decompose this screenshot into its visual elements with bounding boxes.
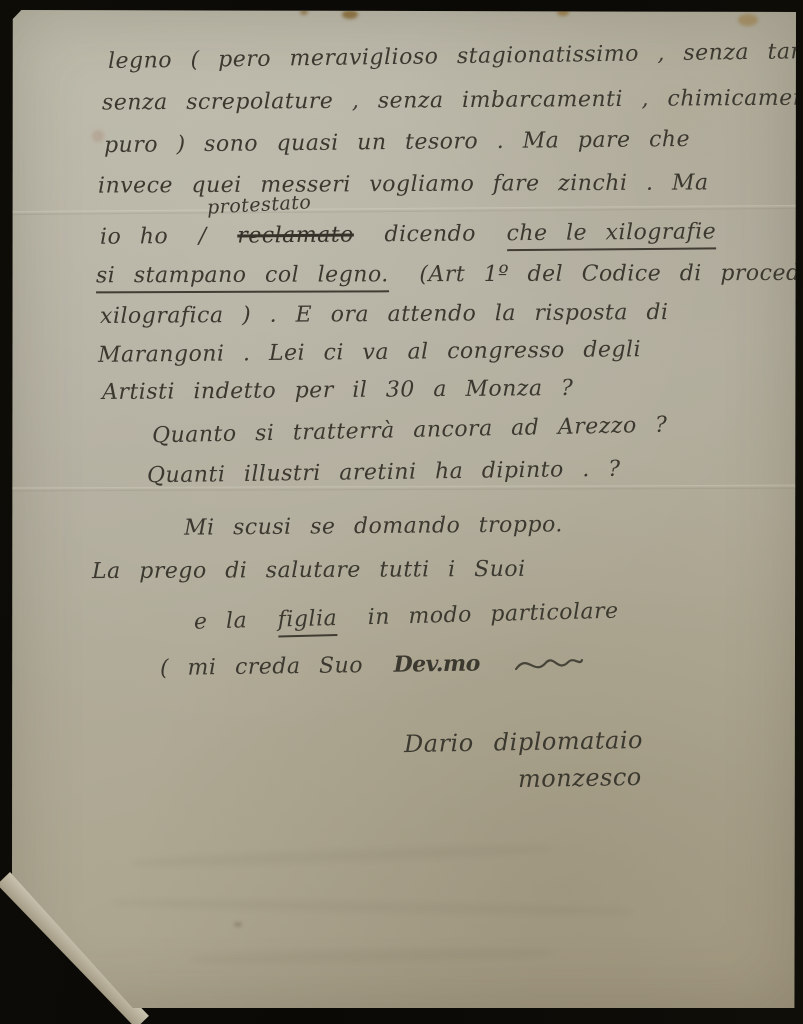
ink-bleedthrough: [192, 947, 552, 965]
letter-line-5: io ho / reclamato dicendo che le xilogra…: [100, 219, 729, 254]
closing-text: ( mi creda Suo: [160, 653, 363, 681]
line14-start: e la: [194, 608, 248, 634]
letter-line-11: Quanti illustri aretini ha dipinto . ?: [147, 457, 621, 489]
insertion-caret-mark: /: [199, 224, 207, 249]
letter-line-9: Artisti indetto per il 30 a Monza ?: [102, 376, 574, 405]
letter-line-10: Quanto si tratterrà ancora ad Arezzo ?: [152, 413, 668, 449]
line5-start: io ho: [100, 224, 168, 250]
scan-background: legno ( pero meraviglioso stagionatissim…: [0, 0, 803, 1024]
letter-line-12: Mi scusi se domando troppo.: [184, 512, 563, 540]
inserted-word-above-line: protestato: [206, 191, 311, 218]
letter-line-14: e la figlia in modo particolare: [194, 598, 632, 639]
signature-line-1: Dario diplomataio: [404, 726, 643, 758]
underlined-word: figlia: [277, 606, 337, 638]
foxing-stain: [300, 9, 308, 15]
signature-line-2: monzesco: [518, 763, 642, 793]
fold-crease-upper: [12, 205, 796, 215]
closing-line: ( mi creda Suo Dev.mo: [160, 649, 585, 682]
foxing-stain: [342, 10, 358, 19]
letter-line-1: legno ( pero meraviglioso stagionatissim…: [108, 39, 803, 74]
ink-bleedthrough: [132, 843, 552, 870]
line6-rest: (Art 1º del Codice di procedura: [419, 261, 803, 287]
ink-bleedthrough: [112, 897, 632, 916]
letter-line-8: Marangoni . Lei ci va al congresso degli: [98, 337, 641, 368]
line5-middle: dicendo: [384, 221, 476, 247]
closing-abbreviation: Dev.mo: [393, 650, 480, 677]
letter-line-2: senza screpolature , senza imbarcamenti …: [102, 85, 803, 115]
signature-flourish-icon: [514, 650, 584, 677]
underlined-phrase: si stampano col legno.: [96, 262, 389, 293]
foxing-stain: [234, 922, 242, 927]
letter-line-7: xilografica ) . E ora attendo la rispost…: [100, 300, 669, 329]
letter-line-3: puro ) sono quasi un tesoro . Ma pare ch…: [104, 127, 690, 158]
struck-out-word: reclamato: [237, 223, 354, 249]
underlined-phrase: che le xilografie: [506, 219, 716, 251]
foxing-stain: [557, 8, 569, 16]
foxing-stain: [738, 14, 758, 26]
letter-line-13: La prego di salutare tutti i Suoi: [92, 557, 526, 584]
letter-line-6: si stampano col legno. (Art 1º del Codic…: [96, 261, 803, 294]
letter-page: legno ( pero meraviglioso stagionatissim…: [12, 10, 796, 1008]
letter-line-4: invece quei messeri vogliamo fare zinchi…: [98, 170, 709, 198]
foxing-stain: [92, 130, 104, 142]
fold-crease-lower: [12, 485, 796, 492]
line14-rest: in modo particolare: [367, 599, 619, 631]
